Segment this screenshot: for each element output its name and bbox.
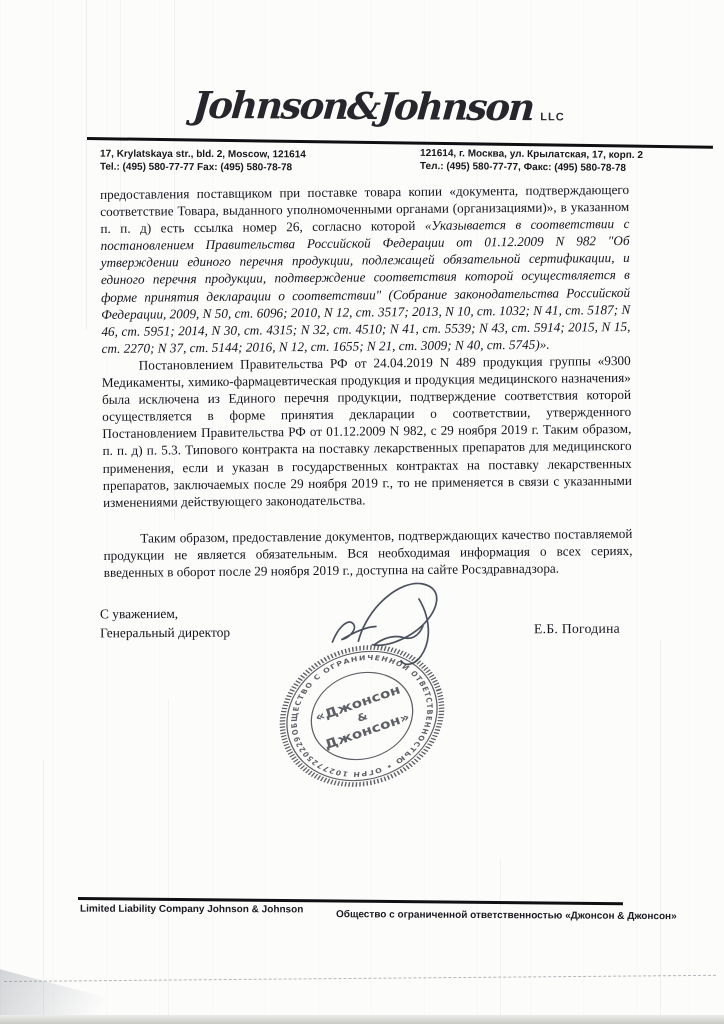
letter-body: предоставления поставщиком при поставке … [100, 181, 633, 581]
johnson-johnson-script-logo: Johnson&Johnson [192, 83, 536, 129]
address-en-line1: 17, Krylatskaya str., bld. 2, Moscow, 12… [100, 148, 306, 162]
paragraph-2: Постановлением Правительства РФ от 24.04… [102, 352, 632, 511]
closing-line: С уважением, [100, 604, 230, 624]
address-russian: 121614, г. Москва, ул. Крылатская, 17, к… [420, 147, 643, 175]
paragraph-3: Таким образом, предоставление документов… [103, 525, 632, 581]
scanned-letter-page: Johnson&JohnsonLLC 17, Krylatskaya str.,… [0, 0, 724, 1024]
footer-company-name-ru: Общество с ограниченной ответственностью… [336, 909, 622, 922]
logo-llc-suffix: LLC [540, 111, 564, 123]
signer-name: Е.Б. Погодина [534, 621, 620, 637]
paragraph-1-quotation: «Указывается в соответствии с постановле… [101, 216, 631, 356]
address-english: 17, Krylatskaya str., bld. 2, Moscow, 12… [100, 148, 306, 175]
letter-sheet: Johnson&JohnsonLLC 17, Krylatskaya str.,… [0, 0, 724, 1024]
footer-company-name-en: Limited Liability Company Johnson & John… [80, 904, 303, 916]
paragraph-1: предоставления поставщиком при поставке … [100, 181, 631, 357]
address-en-line2: Tel.: (495) 580-77-77 Fax: (495) 580-78-… [100, 161, 306, 175]
stamp-center-line2: & [356, 710, 370, 725]
address-ru-line2: Тел.: (495) 580-77-77, Факс: (495) 580-7… [420, 160, 643, 175]
company-logo: Johnson&JohnsonLLC [0, 81, 724, 130]
scan-edge-strip [0, 1015, 724, 1024]
signer-title: Генеральный директор [100, 623, 230, 643]
closing-block: С уважением, Генеральный директор [100, 604, 230, 643]
